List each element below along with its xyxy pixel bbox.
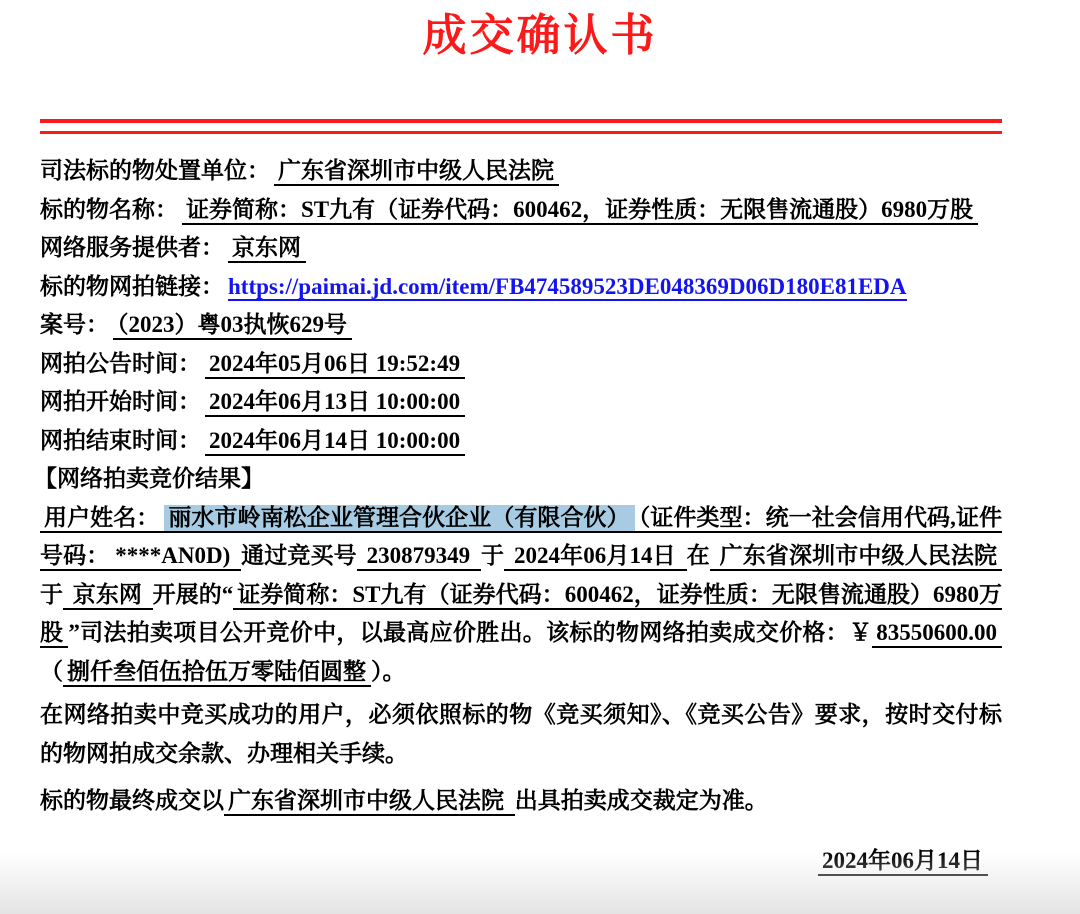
result-seg-7: 在 (687, 543, 710, 568)
field-row-1: 标的物名称：证券简称：ST九有（证券代码：600462，证券性质：无限售流通股）… (40, 191, 1002, 230)
field-value: 2024年06月14日 10:00:00 (205, 428, 465, 456)
final-seg-0: 标的物最终成交以 (40, 788, 224, 813)
result-seg-14: 83550600.00 (872, 620, 1002, 648)
confirmation-document: 成交确认书 司法标的物处置单位：广东省深圳市中级人民法院标的物名称：证券简称：S… (0, 8, 1080, 880)
result-seg-10: 京东网 (63, 582, 153, 610)
fields-list: 司法标的物处置单位：广东省深圳市中级人民法院标的物名称：证券简称：ST九有（证券… (40, 152, 1002, 460)
divider-thick-line (40, 119, 1002, 123)
field-label: 网络服务提供者： (40, 235, 228, 260)
result-seg-8: 广东省深圳市中级人民法院 (710, 543, 1002, 571)
result-seg-15: （ (40, 659, 63, 684)
field-row-6: 网拍开始时间：2024年06月13日 10:00:00 (40, 383, 1002, 422)
field-value: 2024年05月06日 19:52:49 (205, 351, 465, 379)
field-row-0: 司法标的物处置单位：广东省深圳市中级人民法院 (40, 152, 1002, 191)
divider-thin-line (40, 131, 1002, 134)
result-seg-16: 捌仟叁佰伍拾伍万零陆佰圆整 (63, 659, 371, 687)
field-row-5: 网拍公告时间：2024年05月06日 19:52:49 (40, 345, 1002, 384)
field-label: 标的物名称： (40, 197, 182, 222)
result-seg-11: 开展的“ (153, 582, 234, 607)
auction-item-link[interactable]: https://paimai.jd.com/item/FB474589523DE… (228, 274, 907, 301)
result-seg-13: ”司法拍卖项目公开竞价中，以最高应价胜出。该标的物网络拍卖成交价格：￥ (68, 620, 872, 645)
result-highlighted-company-name: 丽水市岭南松企业管理合伙企业（有限合伙） (164, 505, 634, 533)
field-label: 网拍开始时间： (40, 389, 205, 414)
field-label: 网拍结束时间： (40, 428, 205, 453)
doc-content: 司法标的物处置单位：广东省深圳市中级人民法院标的物名称：证券简称：ST九有（证券… (40, 119, 1002, 880)
result-paragraph: 用户姓名：丽水市岭南松企业管理合伙企业（有限合伙）（证件类型：统一社会信用代码,… (40, 499, 1002, 692)
field-row-7: 网拍结束时间：2024年06月14日 10:00:00 (40, 422, 1002, 461)
red-divider (40, 119, 1002, 134)
footer-date: 2024年06月14日 (818, 848, 988, 876)
final-seg-2: 出具拍卖成交裁定为准。 (515, 788, 768, 813)
section-heading: 【网络拍卖竞价结果】 (34, 460, 1002, 499)
result-seg-3: 通过竞买号 (241, 543, 357, 568)
result-seg-17: ）。 (371, 659, 406, 684)
field-row-2: 网络服务提供者：京东网 (40, 229, 1002, 268)
result-seg-6: 2024年06月14日 (504, 543, 687, 571)
result-seg-9: 于 (40, 582, 63, 607)
field-value: 广东省深圳市中级人民法院 (274, 158, 559, 186)
doc-title: 成交确认书 (0, 8, 1080, 63)
field-value: 京东网 (228, 235, 306, 263)
final-seg-1: 广东省深圳市中级人民法院 (224, 788, 515, 816)
notice-paragraph: 在网络拍卖中竞买成功的用户，必须依照标的物《竞买须知》、《竞买公告》要求，按时交… (40, 696, 1002, 773)
field-label: 标的物网拍链接： (40, 274, 228, 299)
field-label: 司法标的物处置单位： (40, 158, 274, 183)
field-value: （2023）粤03执恢629号 (113, 312, 352, 340)
field-label: 网拍公告时间： (40, 351, 205, 376)
result-seg-4: 230879349 (357, 543, 481, 571)
field-row-4: 案号：（2023）粤03执恢629号 (40, 306, 1002, 345)
field-label: 案号： (40, 312, 113, 337)
result-seg-0: 用户姓名： (40, 505, 164, 533)
field-row-3: 标的物网拍链接：https://paimai.jd.com/item/FB474… (40, 268, 1002, 307)
final-paragraph: 标的物最终成交以广东省深圳市中级人民法院 出具拍卖成交裁定为准。 (40, 782, 1002, 821)
field-value: 证券简称：ST九有（证券代码：600462，证券性质：无限售流通股）6980万股 (182, 197, 978, 225)
field-value: 2024年06月13日 10:00:00 (205, 389, 465, 417)
footer-date-line: 2024年06月14日 (40, 842, 1002, 881)
result-seg-5: 于 (481, 543, 504, 568)
